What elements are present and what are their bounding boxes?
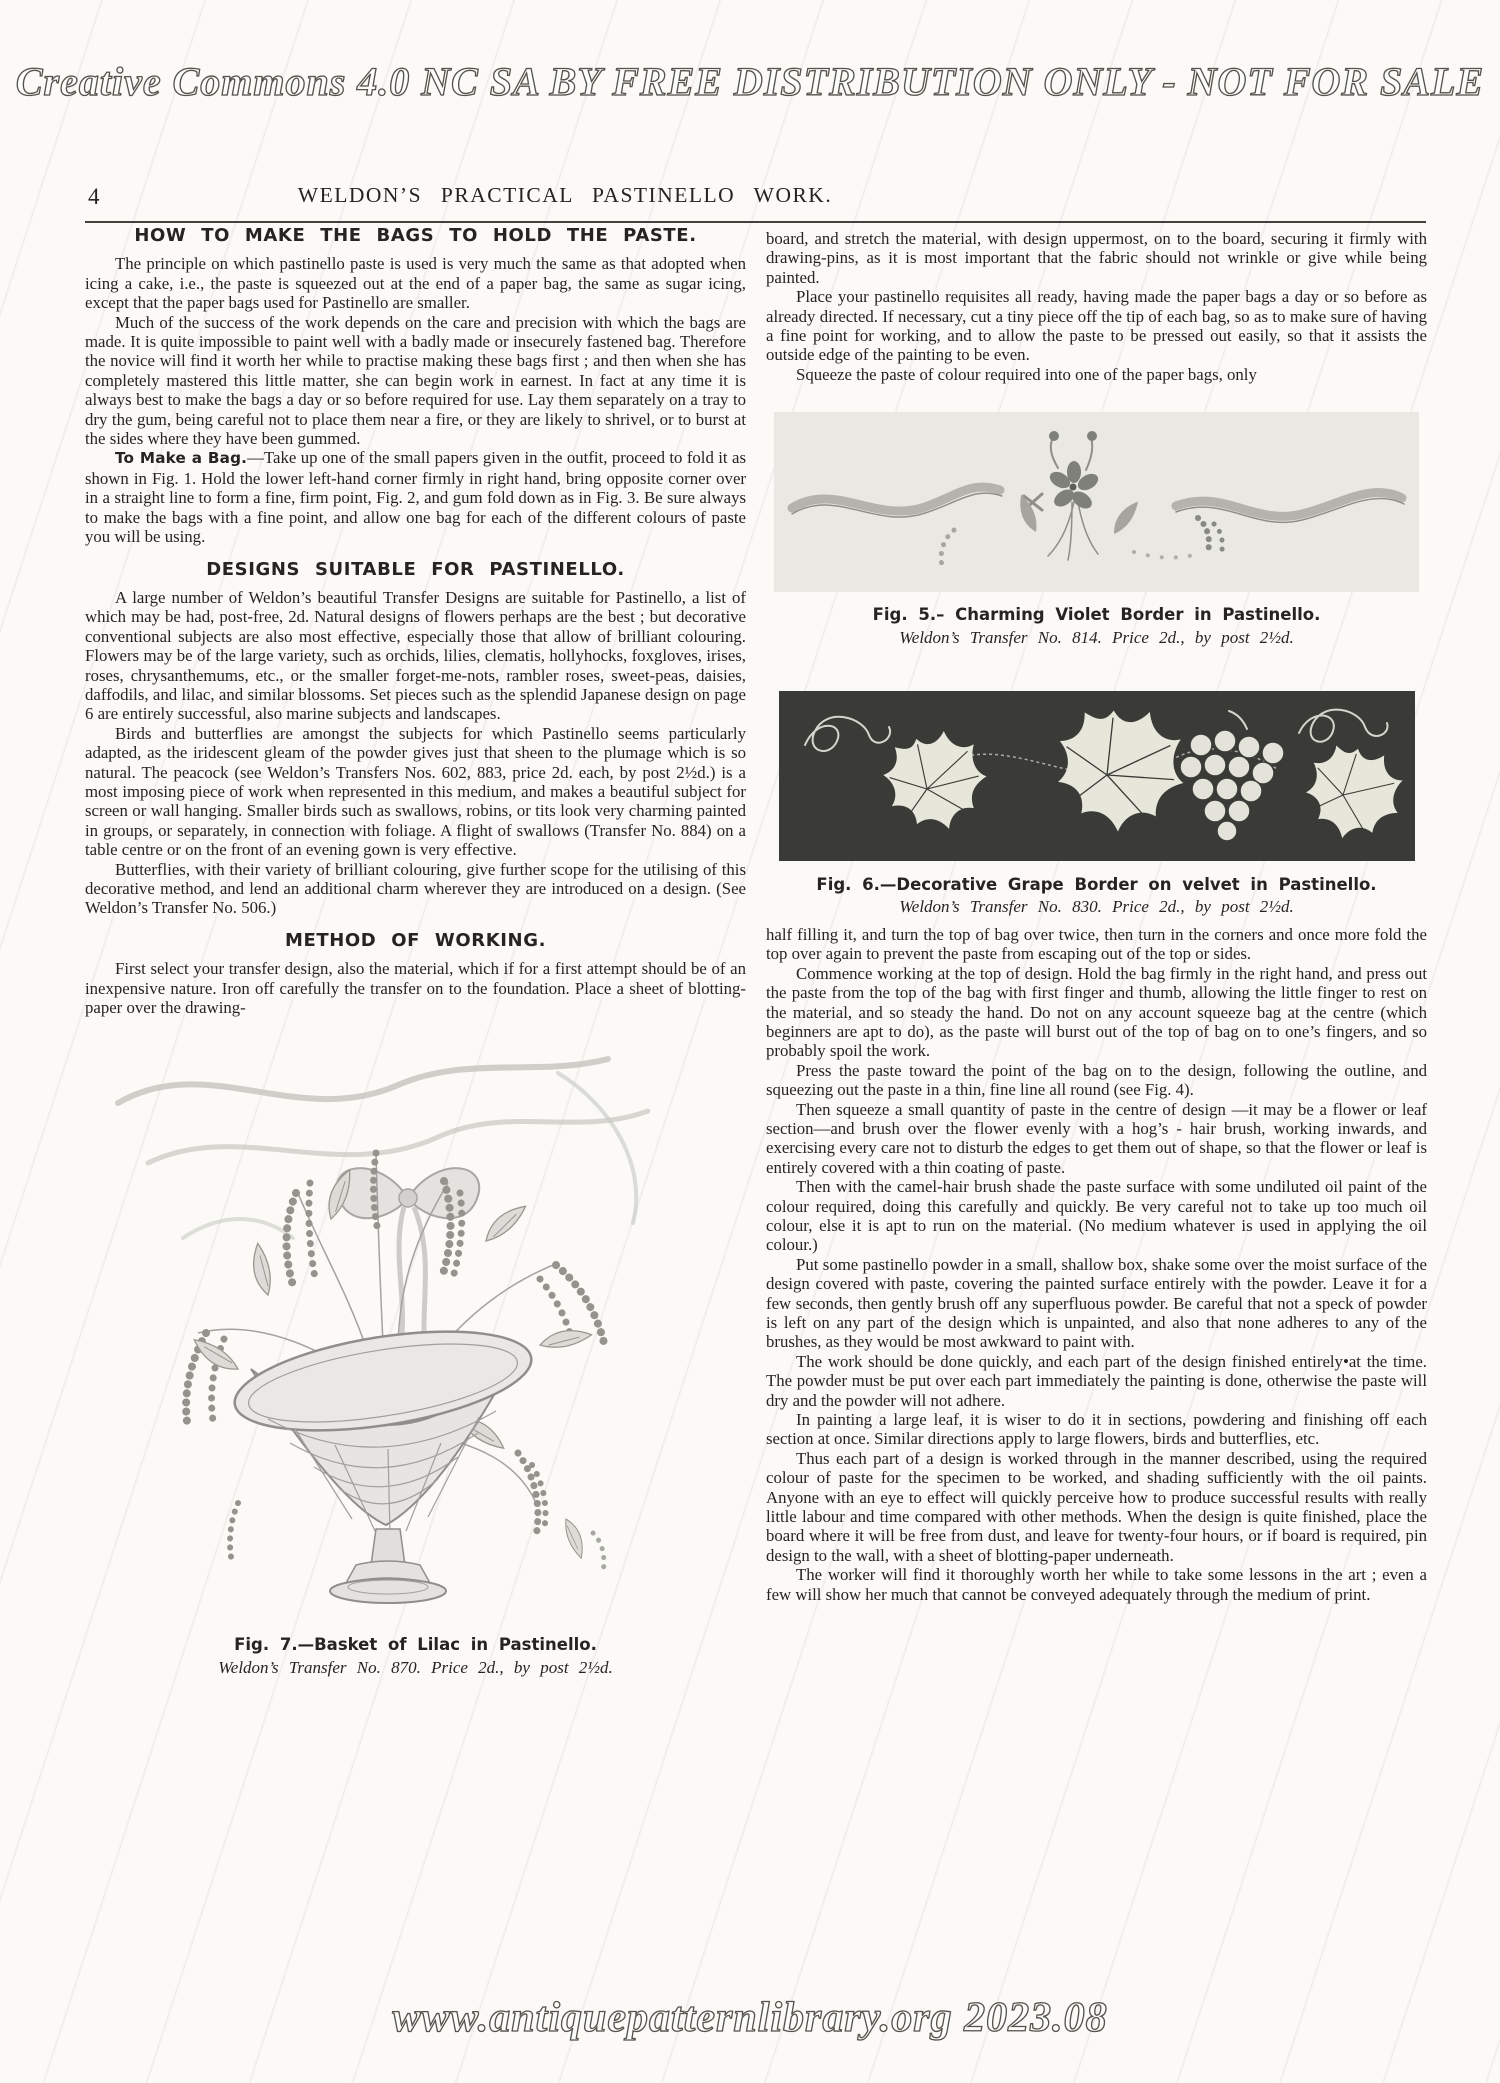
runin-heading: To Make a Bag. — [115, 449, 247, 467]
paragraph: Much of the success of the work depends … — [85, 313, 746, 449]
paragraph: In painting a large leaf, it is wiser to… — [766, 1410, 1427, 1449]
right-column: board, and stretch the material, with de… — [766, 229, 1427, 1604]
left-column: HOW TO MAKE THE BAGS TO HOLD THE PASTE. … — [85, 226, 746, 1685]
fig6-grape-border-illustration — [777, 687, 1417, 865]
section-heading-make-bags: HOW TO MAKE THE BAGS TO HOLD THE PASTE. — [85, 226, 746, 245]
page-number: 4 — [88, 184, 100, 210]
paragraph: Butterflies, with their variety of brill… — [85, 860, 746, 918]
section-heading-designs: DESIGNS SUITABLE FOR PASTINELLO. — [85, 560, 746, 579]
header-rule — [85, 221, 1426, 223]
paragraph: Thus each part of a design is worked thr… — [766, 1449, 1427, 1565]
paragraph: Place your pastinello requisites all rea… — [766, 287, 1427, 365]
paragraph: board, and stretch the material, with de… — [766, 229, 1427, 287]
license-banner: Creative Commons 4.0 NC SA BY FREE DISTR… — [0, 58, 1500, 105]
paragraph: Press the paste toward the point of the … — [766, 1061, 1427, 1100]
figure-7-credit: Weldon’s Transfer No. 870. Price 2d., by… — [85, 1658, 746, 1677]
paragraph: Then squeeze a small quantity of paste i… — [766, 1100, 1427, 1178]
fig5-violet-border-illustration — [774, 410, 1419, 595]
figure-5-caption: Fig. 5.– Charming Violet Border in Pasti… — [766, 605, 1427, 624]
paragraph: Birds and butterflies are amongst the su… — [85, 724, 746, 860]
paragraph: Put some pastinello powder in a small, s… — [766, 1255, 1427, 1352]
paragraph: Commence working at the top of design. H… — [766, 964, 1427, 1061]
figure-6-caption: Fig. 6.—Decorative Grape Border on velve… — [766, 875, 1427, 894]
figure-6-credit: Weldon’s Transfer No. 830. Price 2d., by… — [766, 897, 1427, 916]
paragraph: A large number of Weldon’s beautiful Tra… — [85, 588, 746, 724]
page-title: WELDON’S PRACTICAL PASTINELLO WORK. — [298, 183, 832, 208]
woven-basket — [228, 1315, 538, 1604]
paragraph: Then with the camel-hair brush shade the… — [766, 1177, 1427, 1255]
scanned-document-page: Creative Commons 4.0 NC SA BY FREE DISTR… — [0, 0, 1500, 2083]
paragraph: The principle on which pastinello paste … — [85, 254, 746, 312]
figure-7: Fig. 7.—Basket of Lilac in Pastinello. W… — [85, 1033, 746, 1677]
archive-footer: www.antiquepatternlibrary.org 2023.08 — [0, 1994, 1500, 2042]
paragraph: half filling it, and turn the top of bag… — [766, 925, 1427, 964]
figure-5: Fig. 5.– Charming Violet Border in Pasti… — [766, 410, 1427, 647]
paragraph: First select your transfer design, also … — [85, 959, 746, 1017]
paragraph: The work should be done quickly, and eac… — [766, 1352, 1427, 1410]
paragraph: The worker will find it thoroughly worth… — [766, 1565, 1427, 1604]
paragraph-to-make-a-bag: To Make a Bag.—Take up one of the small … — [85, 448, 746, 546]
fig7-basket-of-lilac-illustration — [88, 1033, 743, 1625]
section-heading-method: METHOD OF WORKING. — [85, 931, 746, 950]
figure-5-credit: Weldon’s Transfer No. 814. Price 2d., by… — [766, 628, 1427, 647]
figure-6: Fig. 6.—Decorative Grape Border on velve… — [766, 687, 1427, 917]
figure-7-caption: Fig. 7.—Basket of Lilac in Pastinello. — [85, 1635, 746, 1654]
paragraph: Squeeze the paste of colour required int… — [766, 365, 1427, 384]
